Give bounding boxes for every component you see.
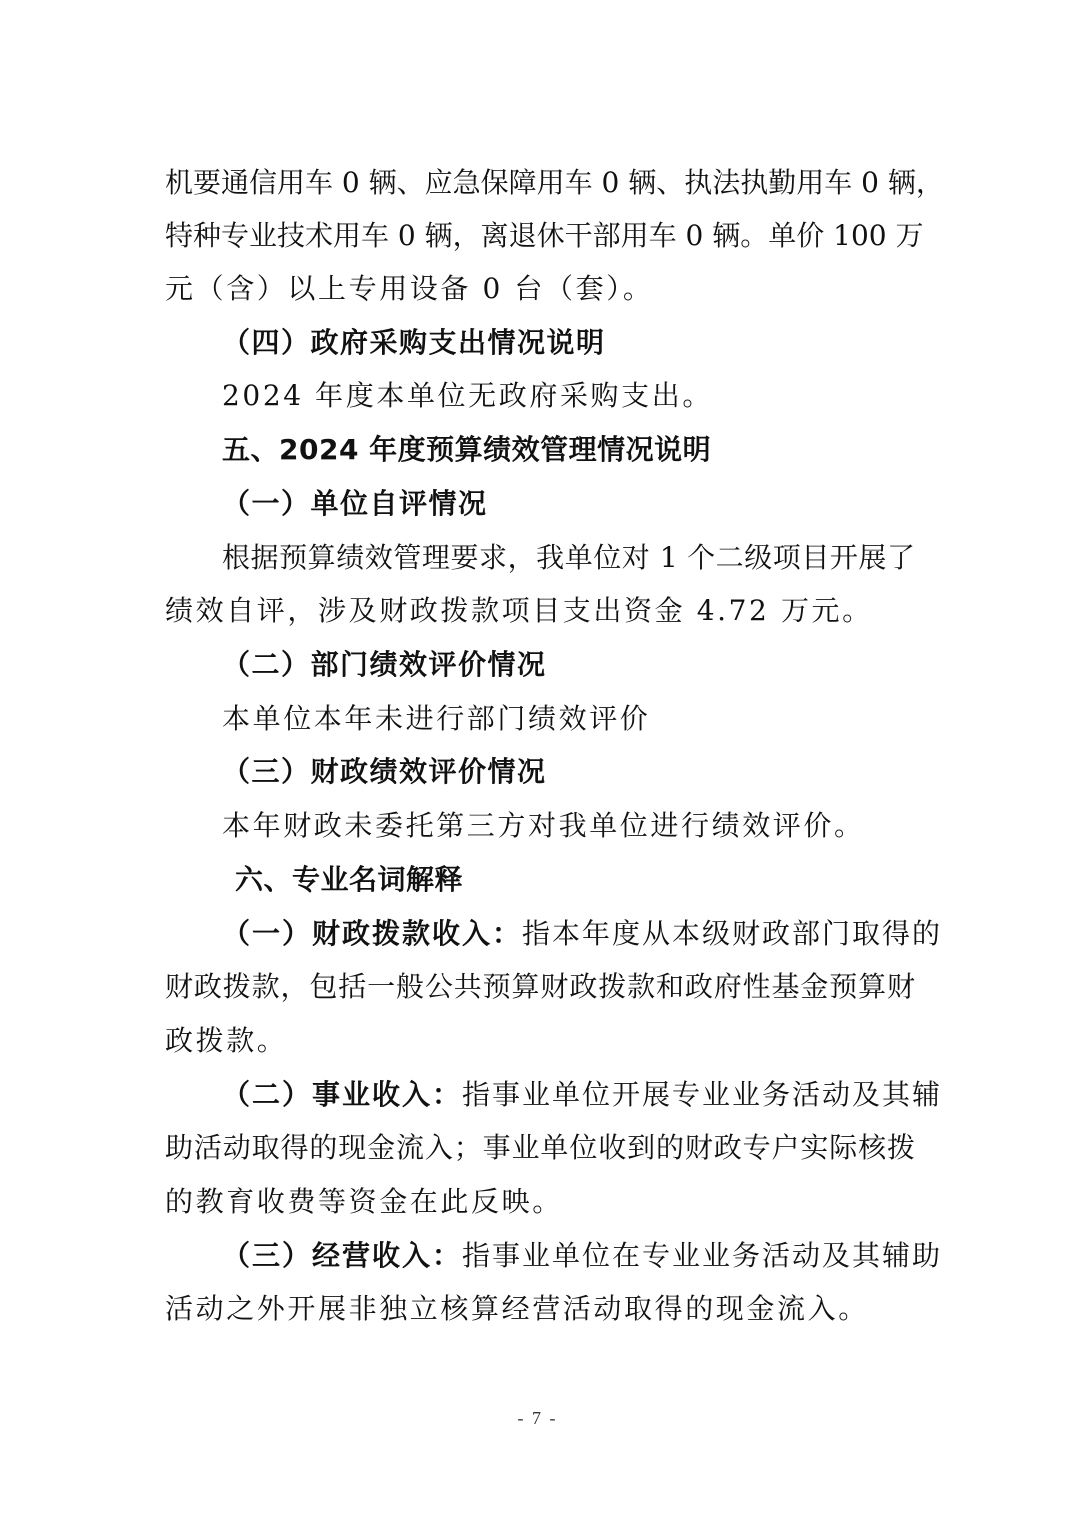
- body-line: 元（含）以上专用设备 0 台（套）。: [165, 269, 915, 309]
- term-definition-line: （二）事业收入：指事业单位开展专业业务活动及其辅: [222, 1075, 915, 1115]
- document-page: 机要通信用车 0 辆、应急保障用车 0 辆、执法执勤用车 0 辆， 特种专业技术…: [0, 0, 1075, 1520]
- term-label: （二）事业收入：: [222, 1078, 462, 1111]
- section-heading: （三）财政绩效评价情况: [222, 752, 915, 792]
- body-line: 绩效自评，涉及财政拨款项目支出资金 4.72 万元。: [165, 591, 915, 631]
- body-line: 机要通信用车 0 辆、应急保障用车 0 辆、执法执勤用车 0 辆，: [165, 163, 915, 203]
- term-label: （三）经营收入：: [222, 1239, 462, 1272]
- term-definition-line: （三）经营收入：指事业单位在专业业务活动及其辅助: [222, 1236, 915, 1276]
- section-heading: （二）部门绩效评价情况: [222, 645, 915, 685]
- body-line: 活动之外开展非独立核算经营活动取得的现金流入。: [165, 1289, 915, 1329]
- body-line: 助活动取得的现金流入；事业单位收到的财政专户实际核拨: [165, 1128, 915, 1168]
- body-line: 根据预算绩效管理要求，我单位对 1 个二级项目开展了: [222, 538, 915, 578]
- body-line: 特种专业技术用车 0 辆，离退休干部用车 0 辆。单价 100 万: [165, 216, 915, 256]
- term-text: 指事业单位开展专业业务活动及其辅: [462, 1078, 942, 1111]
- page-number: - 7 -: [0, 1408, 1075, 1429]
- term-label: （一）财政拨款收入：: [222, 917, 522, 950]
- term-text: 指本年度从本级财政部门取得的: [522, 917, 942, 950]
- section-heading: （四）政府采购支出情况说明: [222, 323, 915, 363]
- section-heading: （一）单位自评情况: [222, 484, 915, 524]
- body-line: 本单位本年未进行部门绩效评价: [222, 699, 915, 739]
- body-line: 政拨款。: [165, 1021, 915, 1061]
- chapter-heading: 六、专业名词解释: [235, 860, 985, 900]
- term-text: 指事业单位在专业业务活动及其辅助: [462, 1239, 942, 1272]
- chapter-heading: 五、2024 年度预算绩效管理情况说明: [222, 430, 915, 470]
- body-line: 2024 年度本单位无政府采购支出。: [222, 376, 915, 416]
- body-line: 的教育收费等资金在此反映。: [165, 1182, 915, 1222]
- body-line: 本年财政未委托第三方对我单位进行绩效评价。: [222, 806, 915, 846]
- term-definition-line: （一）财政拨款收入：指本年度从本级财政部门取得的: [222, 914, 915, 954]
- body-line: 财政拨款，包括一般公共预算财政拨款和政府性基金预算财: [165, 967, 915, 1007]
